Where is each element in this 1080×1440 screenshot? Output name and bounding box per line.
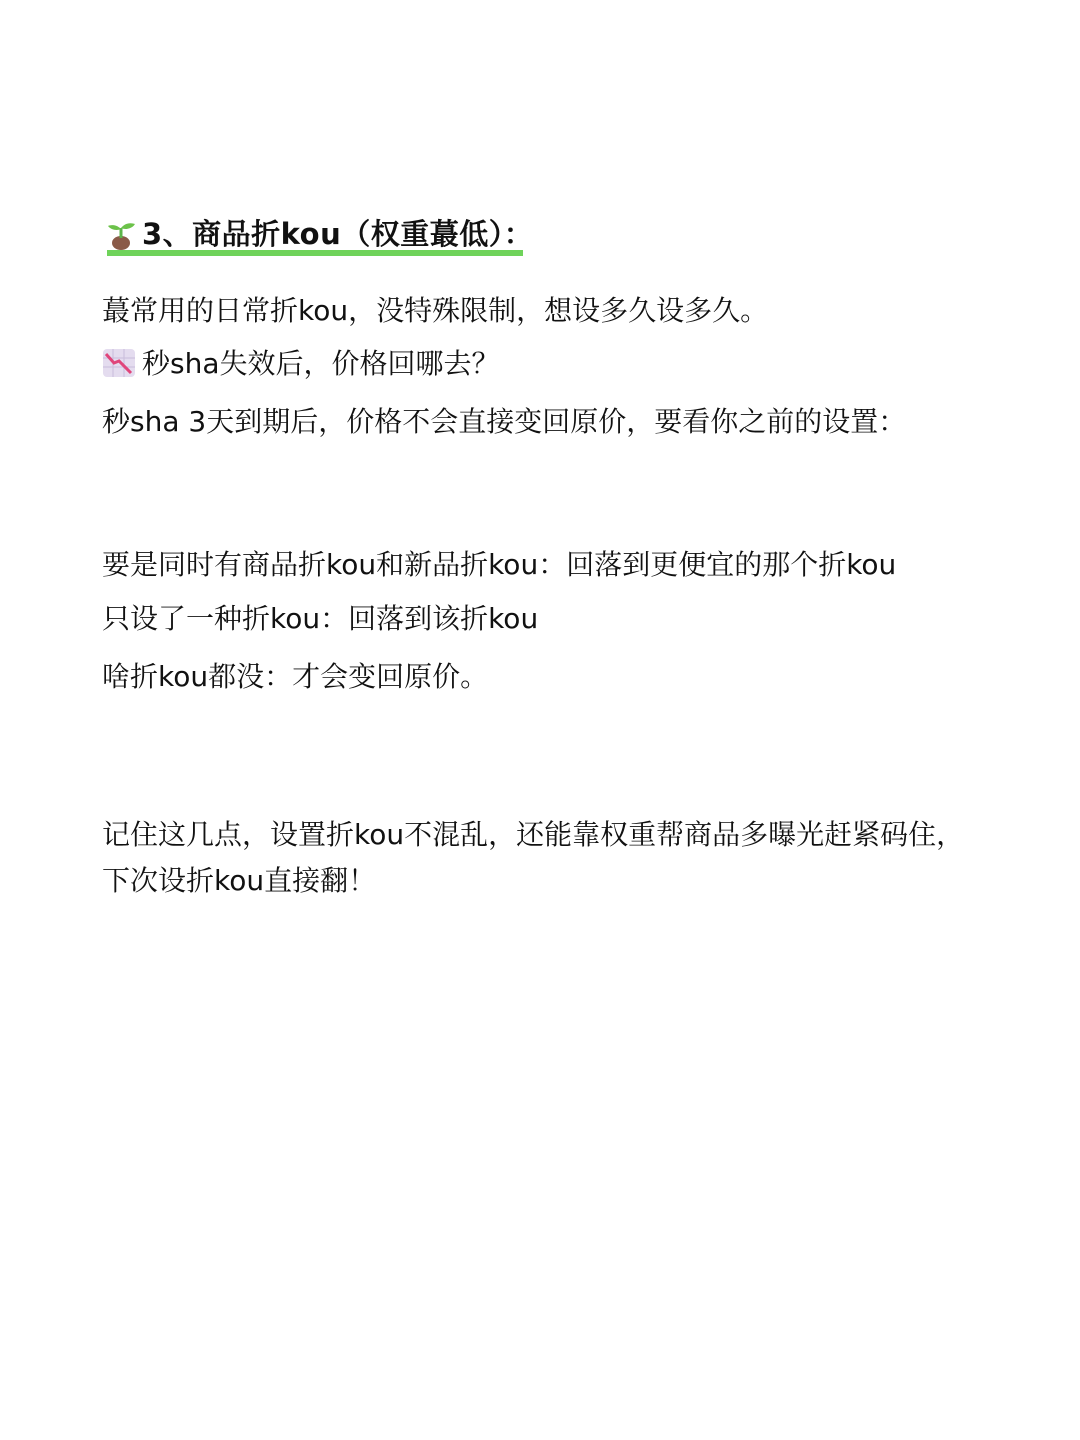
chart-decreasing-icon xyxy=(102,348,136,378)
explain-line: 秒sha 3天到期后，价格不会直接变回原价，要看你之前的设置： xyxy=(102,402,906,442)
section-heading: 3、商品折kou（权重蕞低）： xyxy=(104,212,533,253)
heading-text: 3、商品折kou（权重蕞低）： xyxy=(142,212,533,253)
case-1-line: 要是同时有商品折kou和新品折kou：回落到更便宜的那个折kou xyxy=(102,545,896,585)
question-line: 秒sha失效后，价格回哪去？ xyxy=(102,344,500,384)
case-2-line: 只设了一种折kou：回落到该折kou xyxy=(102,599,538,639)
question-text: 秒sha失效后，价格回哪去？ xyxy=(142,347,500,380)
seedling-icon xyxy=(104,216,138,250)
case-3-line: 啥折kou都没：才会变回原价。 xyxy=(102,657,488,697)
intro-line: 蕞常用的日常折kou，没特殊限制，想设多久设多久。 xyxy=(102,291,768,331)
closing-paragraph: 记住这几点，设置折kou不混乱，还能靠权重帮商品多曝光赶紧码住，下次设折kou直… xyxy=(102,812,982,904)
